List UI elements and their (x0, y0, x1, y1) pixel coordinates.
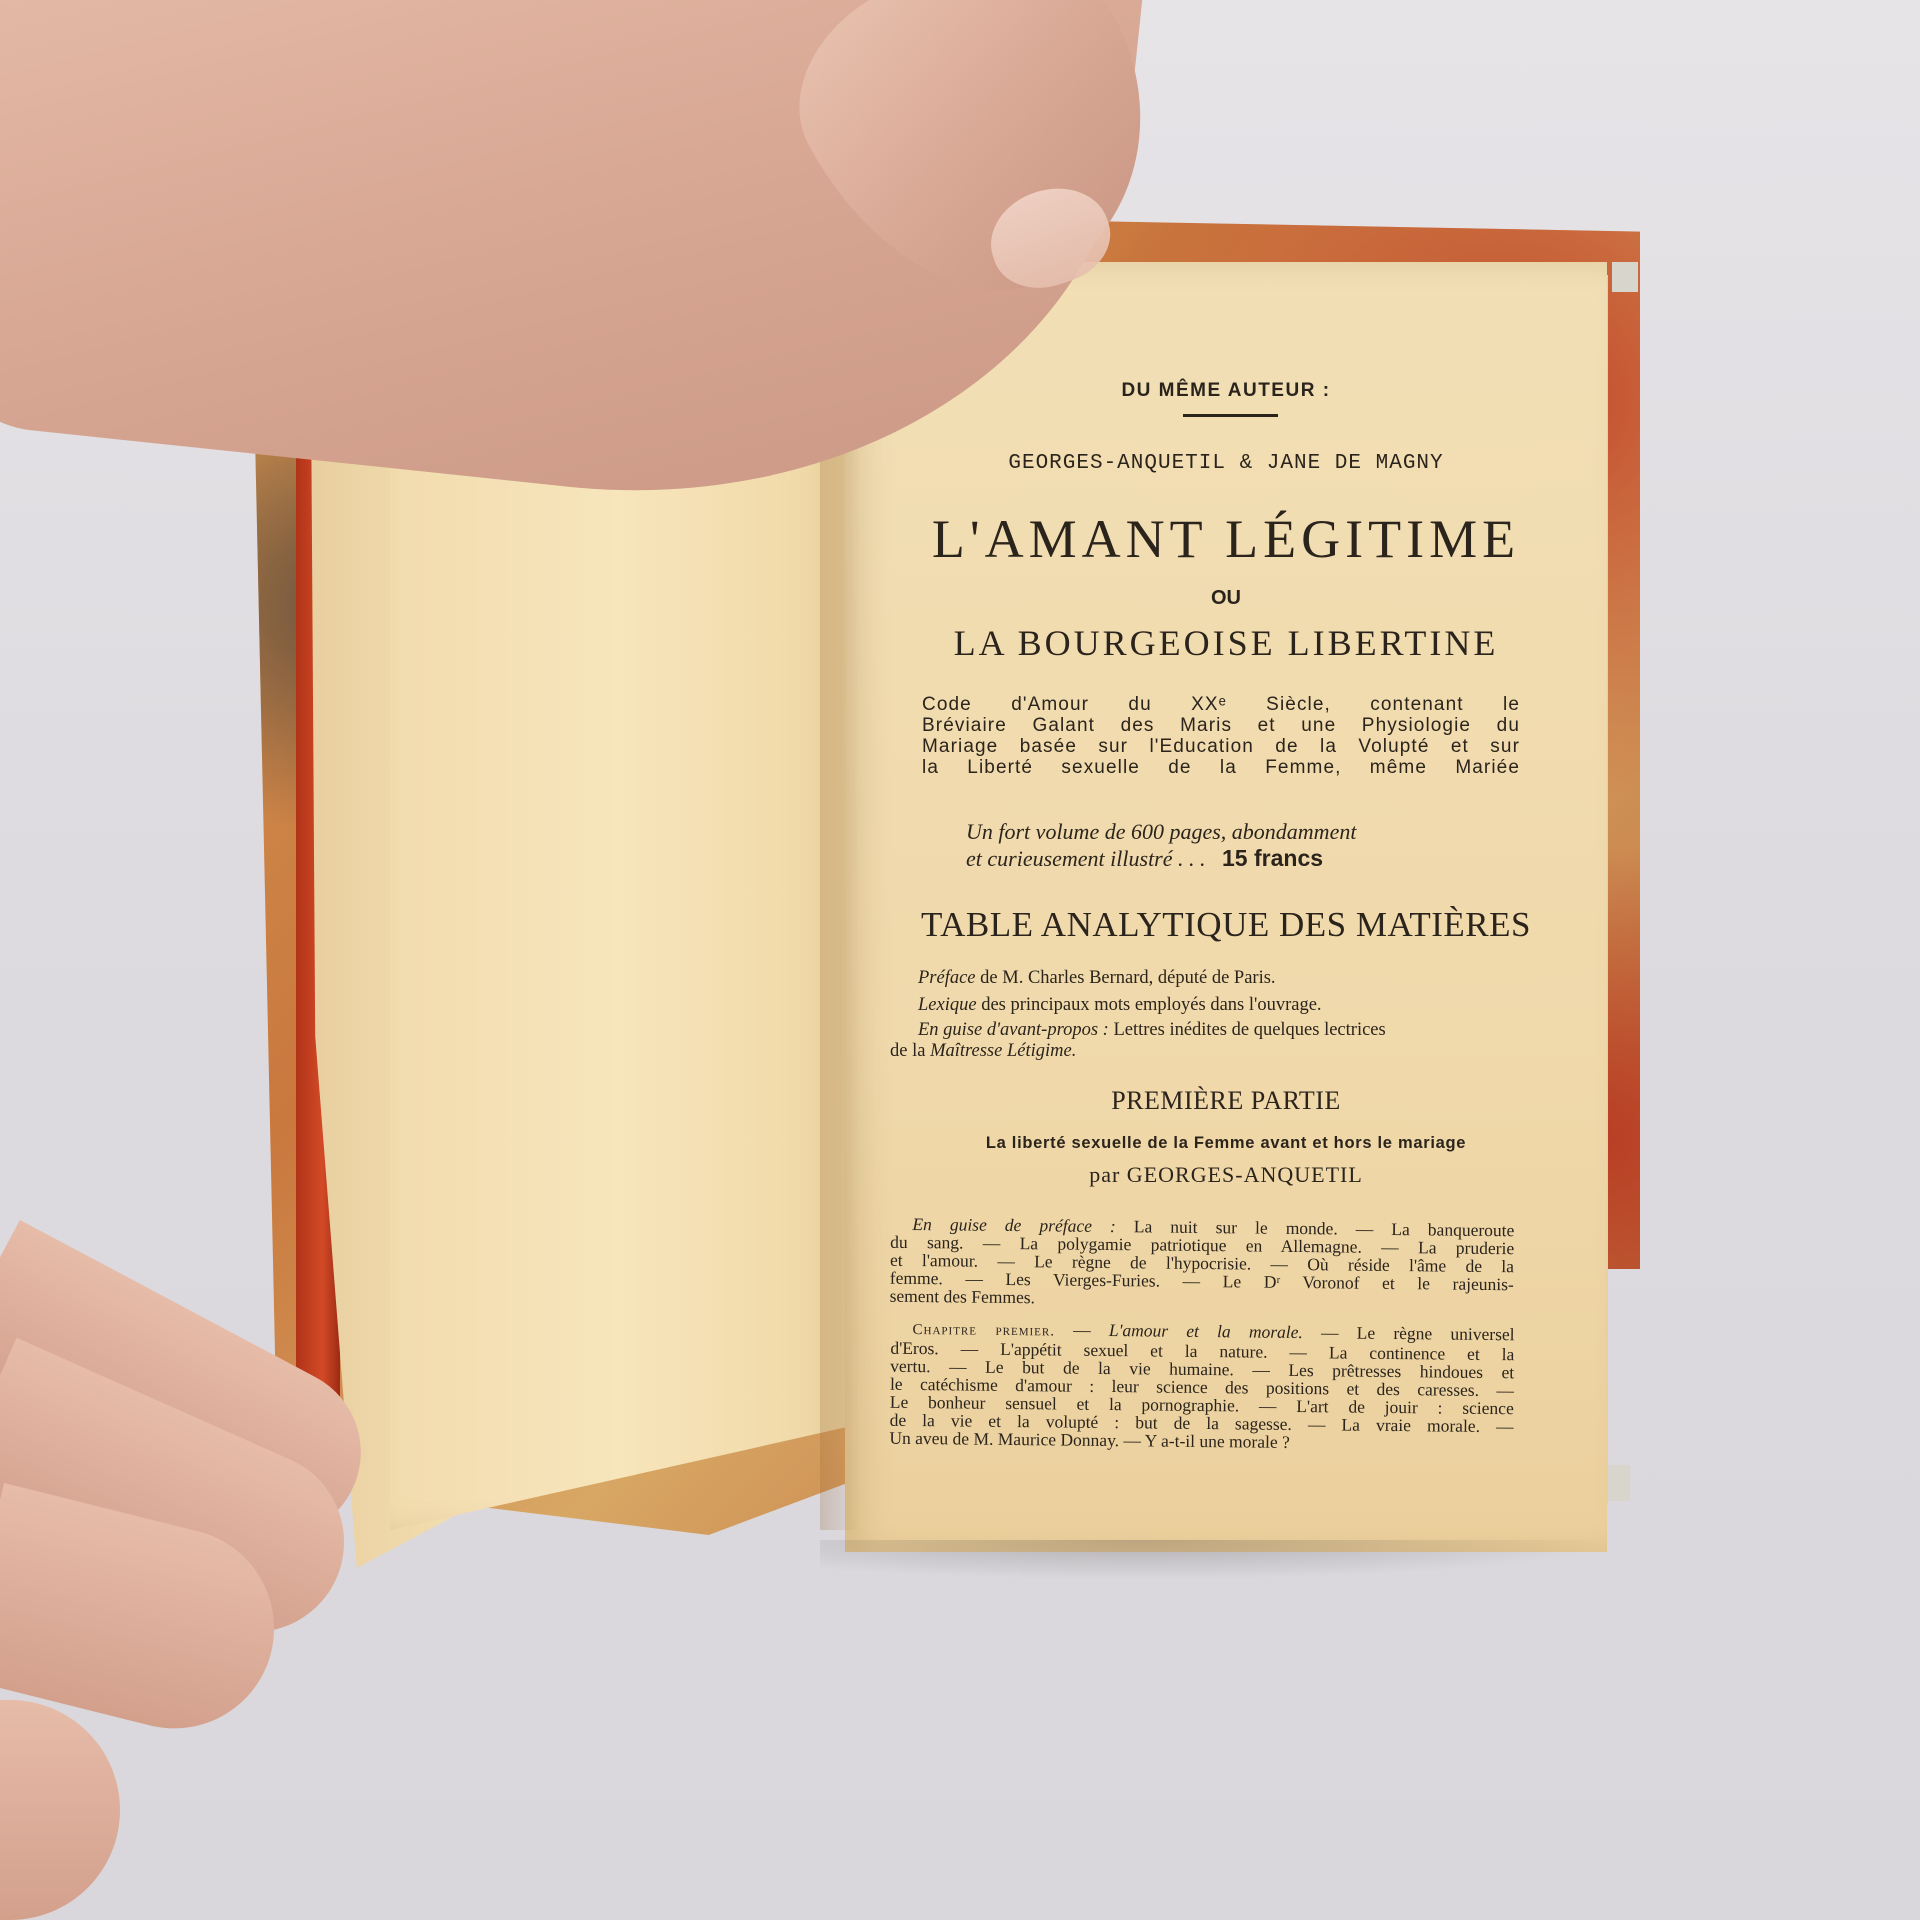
description-line: Mariage basée sur l'Education de la Volu… (922, 736, 1520, 757)
toc-list: Préface de M. Charles Bernard, député de… (890, 965, 1524, 1062)
toc-item-continuation: de la Maîtresse Létigime. (890, 1041, 1524, 1062)
price: 15 francs (1222, 845, 1323, 871)
volume-line-2: et curieusement illustré . . . (966, 846, 1206, 871)
dash: — (1055, 1319, 1109, 1340)
header-rule (1183, 414, 1278, 417)
book-shadow (820, 1540, 1620, 1580)
volume-line-1: Un fort volume de 600 pages, abondamment (966, 819, 1356, 844)
book-subtitle: LA BOURGEOISE LIBERTINE (845, 622, 1607, 664)
toc-item-text: Lettres inédites de quelques lectrices (1109, 1020, 1386, 1040)
chapter-title: L'amour et la morale. (1109, 1320, 1303, 1342)
preface-paragraph: En guise de préface : La nuit sur le mon… (890, 1215, 1515, 1312)
cover-corner-top-right (1612, 262, 1638, 292)
volume-info: Un fort volume de 600 pages, abondamment… (966, 818, 1466, 872)
toc-continuation-prefix: de la (890, 1041, 930, 1061)
toc-item-label: Lexique (918, 995, 977, 1015)
part-subtitle: La liberté sexuelle de la Femme avant et… (845, 1134, 1607, 1153)
book-description: Code d'Amour du XXᵉ Siècle, contenant le… (922, 694, 1520, 778)
description-line: Bréviaire Galant des Maris et une Physio… (922, 715, 1520, 736)
description-line: Code d'Amour du XXᵉ Siècle, contenant le (922, 694, 1520, 715)
part-title: PREMIÈRE PARTIE (845, 1086, 1607, 1116)
toc-item-label: Préface (918, 968, 976, 988)
chapter-label: Chapitre premier. (912, 1322, 1055, 1339)
toc-item: En guise d'avant-propos : Lettres inédit… (890, 1019, 1524, 1041)
description-line: la Liberté sexuelle de la Femme, même Ma… (922, 757, 1520, 778)
toc-item-label: En guise d'avant-propos : (918, 1020, 1109, 1040)
book-authors: GEORGES-ANQUETIL & JANE DE MAGNY (845, 452, 1607, 475)
toc-item: Lexique des principaux mots employés dan… (890, 992, 1524, 1019)
lower-finger (0, 1700, 120, 1920)
photo-scene: DU MÊME AUTEUR : GEORGES-ANQUETIL & JANE… (0, 0, 1920, 1920)
toc-item-text: des principaux mots employés dans l'ouvr… (977, 995, 1322, 1015)
toc-item-text: de M. Charles Bernard, député de Paris. (976, 968, 1276, 988)
paragraph-text: — Le règne universel (1303, 1322, 1515, 1344)
part-author: par GEORGES-ANQUETIL (845, 1162, 1607, 1188)
title-connector: OU (845, 587, 1607, 610)
book-title: L'AMANT LÉGITIME (845, 508, 1607, 570)
chapter-paragraph: Chapitre premier. — L'amour et la morale… (889, 1319, 1514, 1454)
toc-item: Préface de M. Charles Bernard, député de… (890, 965, 1524, 992)
toc-continuation-italic: Maîtresse Létigime. (930, 1041, 1076, 1061)
toc-title: TABLE ANALYTIQUE DES MATIÈRES (845, 905, 1607, 945)
